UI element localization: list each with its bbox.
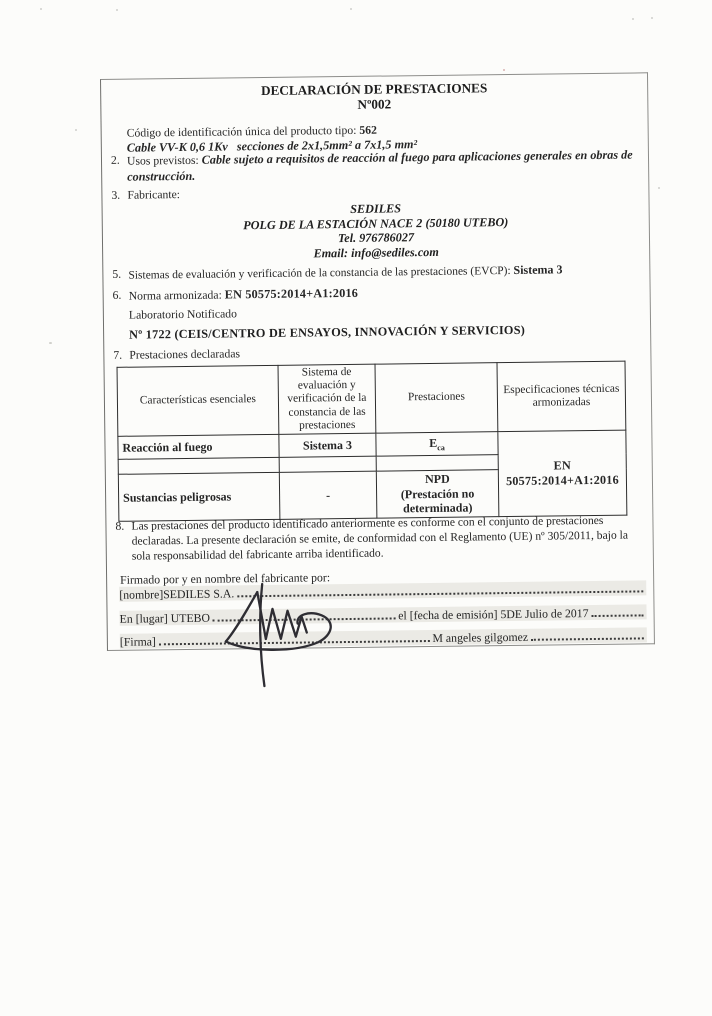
cell-reaccion-caracteristica: Reacción al fuego xyxy=(118,434,279,459)
prestacion-eca-base: E xyxy=(429,436,437,450)
prestaciones-label: Prestaciones declaradas xyxy=(129,342,638,362)
cell-sustancias-caracteristica: Sustancias peligrosas xyxy=(118,472,280,521)
product-code-value: 562 xyxy=(359,124,377,137)
document-sheet: DECLARACIÓN DE PRESTACIONES Nº002 Código… xyxy=(100,72,655,651)
section-usos-previstos: 2. Usos previstos: Cable sujeto a requis… xyxy=(102,147,636,185)
scan-speck xyxy=(350,8,352,10)
item3-number: 3. xyxy=(111,189,120,203)
evcp-label: Sistemas de evaluación y verificación de… xyxy=(128,265,513,282)
empty-cell xyxy=(279,456,376,472)
norma-label: Norma armonizada: xyxy=(129,288,225,302)
scan-speck xyxy=(658,187,660,189)
laboratorio-label: Laboratorio Notificado xyxy=(129,307,237,321)
lugar-label: En [lugar] UTEBO xyxy=(120,612,211,626)
firmante-name: M angeles gilgomez xyxy=(432,631,528,645)
header-prestaciones: Prestaciones xyxy=(375,363,498,434)
cell-sustancias-prestacion: NPD (Prestación no determinada) xyxy=(376,470,499,518)
dotted-leader xyxy=(531,637,644,640)
especificacion-line2: 50575:2014+A1:2016 xyxy=(503,473,622,489)
header-especificaciones: Especificaciones técnicas armonizadas xyxy=(497,361,626,432)
item2-number: 2. xyxy=(111,154,120,168)
signature-zigzag-stroke xyxy=(257,592,307,640)
conformidad-text: Las prestaciones del producto identifica… xyxy=(131,513,641,564)
fabricante-details: SEDILES POLG DE LA ESTACIÓN NACE 2 (5018… xyxy=(103,198,650,263)
header-caracteristicas: Características esenciales xyxy=(117,365,279,436)
header-sistema: Sistema de evaluación y verificación de … xyxy=(278,364,376,434)
scan-speck xyxy=(632,18,634,20)
laboratorio-number: Nº 1722 (CEIS/CENTRO DE ENSAYOS, INNOVAC… xyxy=(129,323,525,343)
cell-sustancias-sistema: - xyxy=(279,471,377,519)
evcp-value: Sistema 3 xyxy=(513,262,562,277)
fecha-label: el [fecha de emisión] 5DE Julio de 2017 xyxy=(398,607,588,622)
table-header-row: Características esenciales Sistema de ev… xyxy=(117,361,626,436)
scan-speck xyxy=(651,17,653,19)
scan-speck xyxy=(503,69,505,71)
signature-vertical-stroke xyxy=(260,584,265,686)
section-norma: 6. Norma armonizada: EN 50575:2014+A1:20… xyxy=(104,282,638,304)
item8-number: 8. xyxy=(115,520,124,533)
prestacion-eca-subscript: ca xyxy=(437,443,445,452)
scan-speck xyxy=(116,9,118,11)
npd-line2: (Prestación no determinada) xyxy=(381,486,494,516)
section-prestaciones: 7. Prestaciones declaradas xyxy=(104,342,638,363)
scan-speck xyxy=(49,342,52,344)
dotted-leader xyxy=(592,614,644,617)
signature-diagonal-stroke xyxy=(225,592,258,641)
firma-label: [Firma] xyxy=(120,635,156,648)
item5-number: 5. xyxy=(112,268,121,282)
usos-label: Usos previstos: xyxy=(127,154,202,168)
title-block: DECLARACIÓN DE PRESTACIONES Nº002 xyxy=(101,78,647,115)
usos-text: Cable sujeto a requisitos de reacción al… xyxy=(127,147,633,183)
item6-number: 6. xyxy=(113,289,122,303)
section-conformidad: 8. Las prestaciones del producto identif… xyxy=(106,513,641,564)
cell-especificacion-merged: EN 50575:2014+A1:2016 xyxy=(498,430,627,517)
npd-line1: NPD xyxy=(381,471,494,487)
item7-number: 7. xyxy=(113,349,122,363)
table-row-reaccion: Reacción al fuego Sistema 3 Eca EN 50575… xyxy=(118,430,626,459)
scan-speck xyxy=(75,129,77,131)
empty-cell xyxy=(376,455,498,471)
cell-reaccion-prestacion: Eca xyxy=(376,432,498,456)
especificacion-line1: EN xyxy=(503,458,622,474)
prestaciones-table: Características esenciales Sistema de ev… xyxy=(117,361,628,522)
handwritten-signature xyxy=(217,580,344,690)
cell-reaccion-sistema: Sistema 3 xyxy=(279,433,376,457)
scan-speck xyxy=(40,8,42,10)
section-evcp: 5. Sistemas de evaluación y verificación… xyxy=(103,261,637,283)
signature-row-lugar-fecha: En [lugar] UTEBO el [fecha de emisión] 5… xyxy=(119,604,646,625)
signature-row-firma: [Firma] M angeles gilgomez xyxy=(120,627,647,648)
norma-value: EN 50575:2014+A1:2016 xyxy=(225,286,359,302)
